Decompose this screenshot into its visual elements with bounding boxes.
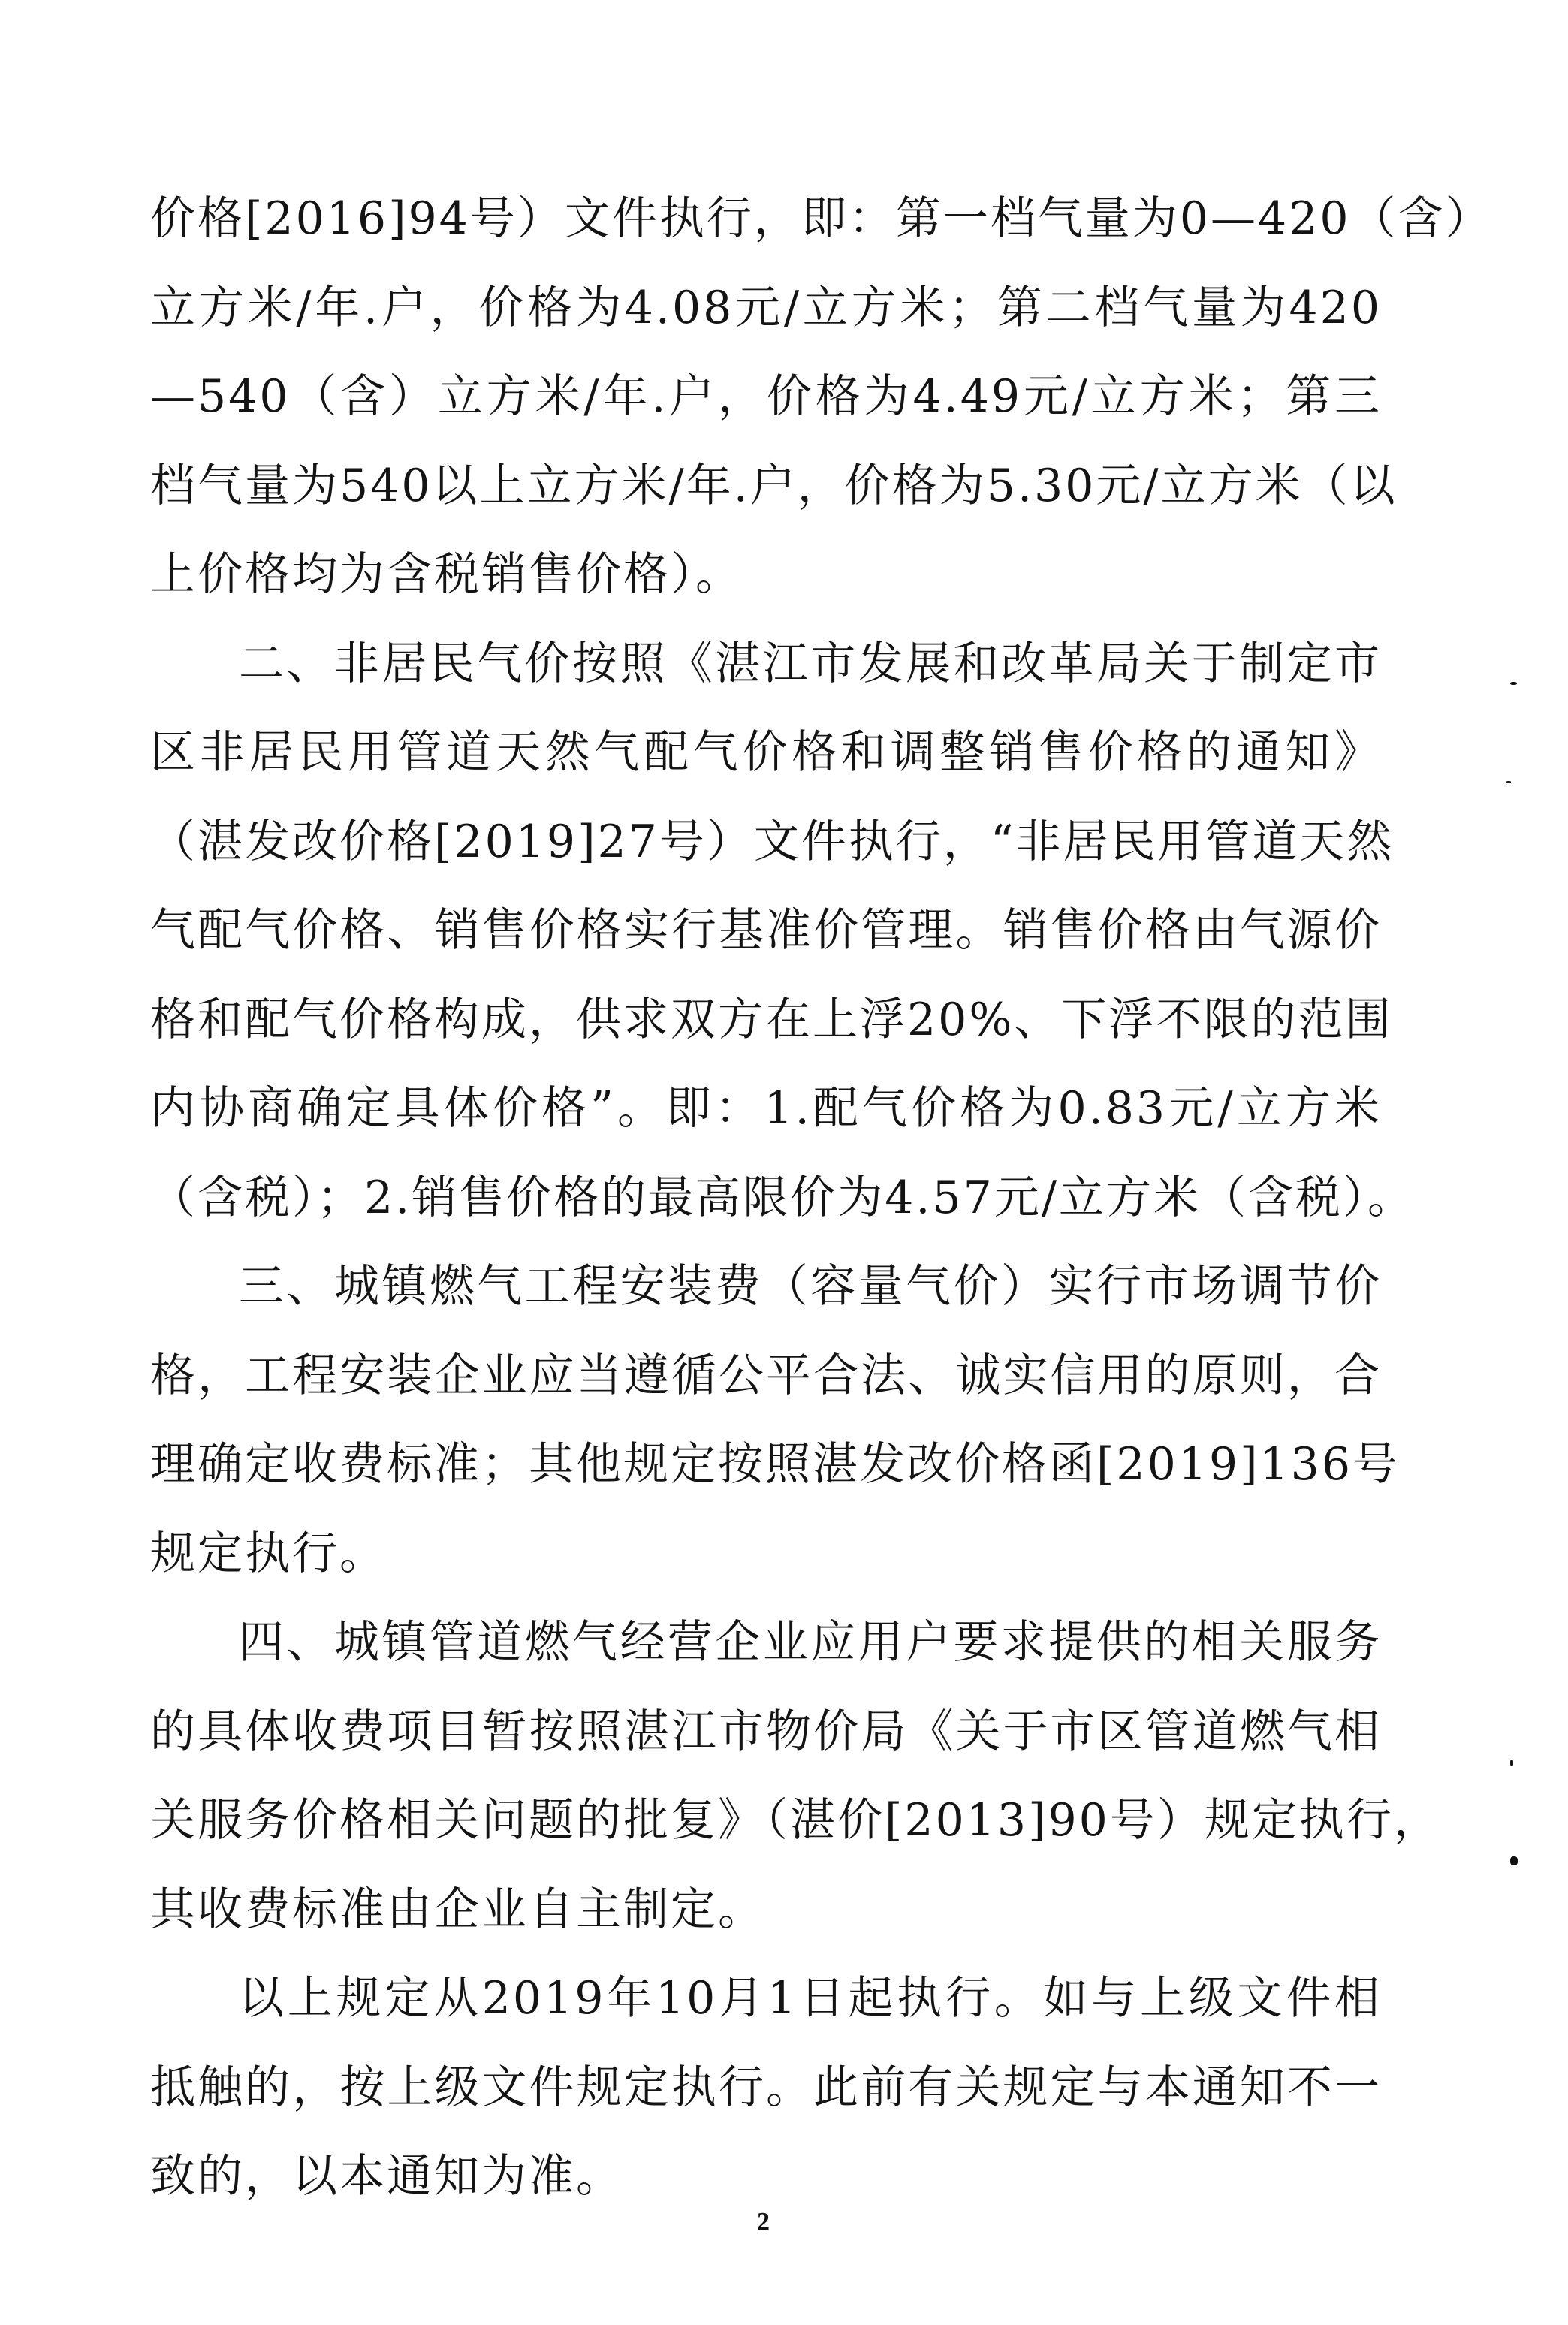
text-line: 其收费标准由企业自主制定。: [150, 1865, 1382, 1955]
text-line: 规定执行。: [150, 1509, 1382, 1599]
scan-speck: [1510, 1760, 1513, 1766]
scan-speck: [1510, 682, 1517, 685]
text-line: （湛发改价格[2019]27号）文件执行，“非居民用管道天然: [150, 798, 1382, 887]
section-heading-line: 四、城镇管道燃气经营企业应用户要求提供的相关服务: [150, 1598, 1382, 1687]
text-line: 内协商确定具体价格”。即：1.配气价格为0.83元/立方米: [150, 1064, 1382, 1153]
text-line: 以上规定从2019年10月1日起执行。如与上级文件相: [150, 1954, 1382, 2043]
section-heading-line: 二、非居民气价按照《湛江市发展和改革局关于制定市: [150, 620, 1382, 709]
text-line: 档气量为540以上立方米/年.户，价格为5.30元/立方米（以: [150, 442, 1382, 531]
scan-speck: [1506, 781, 1511, 783]
text-line: 理确定收费标准；其他规定按照湛发改价格函[2019]136号: [150, 1420, 1382, 1509]
text-line: 气配气价格、销售价格实行基准价管理。销售价格由气源价: [150, 886, 1382, 976]
paragraph-section-3: 三、城镇燃气工程安装费（容量气价）实行市场调节价 格，工程安装企业应当遵循公平合…: [150, 1242, 1382, 1598]
page-number: 2: [757, 2208, 770, 2236]
text-line: 上价格均为含税销售价格）。: [150, 530, 1382, 620]
text-line: （含税）；2.销售价格的最高限价为4.57元/立方米（含税）。: [150, 1153, 1382, 1243]
paragraph-section-4: 四、城镇管道燃气经营企业应用户要求提供的相关服务 的具体收费项目暂按照湛江市物价…: [150, 1598, 1382, 1954]
text-line: 格和配气价格构成，供求双方在上浮20%、下浮不限的范围: [150, 976, 1382, 1065]
text-line: 区非居民用管道天然气配气价格和调整销售价格的通知》: [150, 708, 1382, 798]
document-body: 价格[2016]94号）文件执行，即：第一档气量为0—420（含） 立方米/年.…: [150, 174, 1382, 2221]
text-line: 格，工程安装企业应当遵循公平合法、诚实信用的原则，合: [150, 1331, 1382, 1421]
text-line: 的具体收费项目暂按照湛江市物价局《关于市区管道燃气相: [150, 1687, 1382, 1777]
text-line: 价格[2016]94号）文件执行，即：第一档气量为0—420（含）: [150, 174, 1382, 264]
text-line: 关服务价格相关问题的批复》（湛价[2013]90号）规定执行，: [150, 1776, 1382, 1865]
text-line: 抵触的，按上级文件规定执行。此前有关规定与本通知不一: [150, 2043, 1382, 2133]
paragraph-effective-date: 以上规定从2019年10月1日起执行。如与上级文件相 抵触的，按上级文件规定执行…: [150, 1954, 1382, 2221]
document-page: 价格[2016]94号）文件执行，即：第一档气量为0—420（含） 立方米/年.…: [0, 0, 1568, 2325]
text-line: —540（含）立方米/年.户，价格为4.49元/立方米；第三: [150, 352, 1382, 442]
scan-speck: [1510, 1856, 1518, 1865]
paragraph-section-2: 二、非居民气价按照《湛江市发展和改革局关于制定市 区非居民用管道天然气配气价格和…: [150, 620, 1382, 1243]
text-line: 立方米/年.户，价格为4.08元/立方米；第二档气量为420: [150, 264, 1382, 353]
section-heading-line: 三、城镇燃气工程安装费（容量气价）实行市场调节价: [150, 1242, 1382, 1331]
paragraph-residential-tiers: 价格[2016]94号）文件执行，即：第一档气量为0—420（含） 立方米/年.…: [150, 174, 1382, 620]
